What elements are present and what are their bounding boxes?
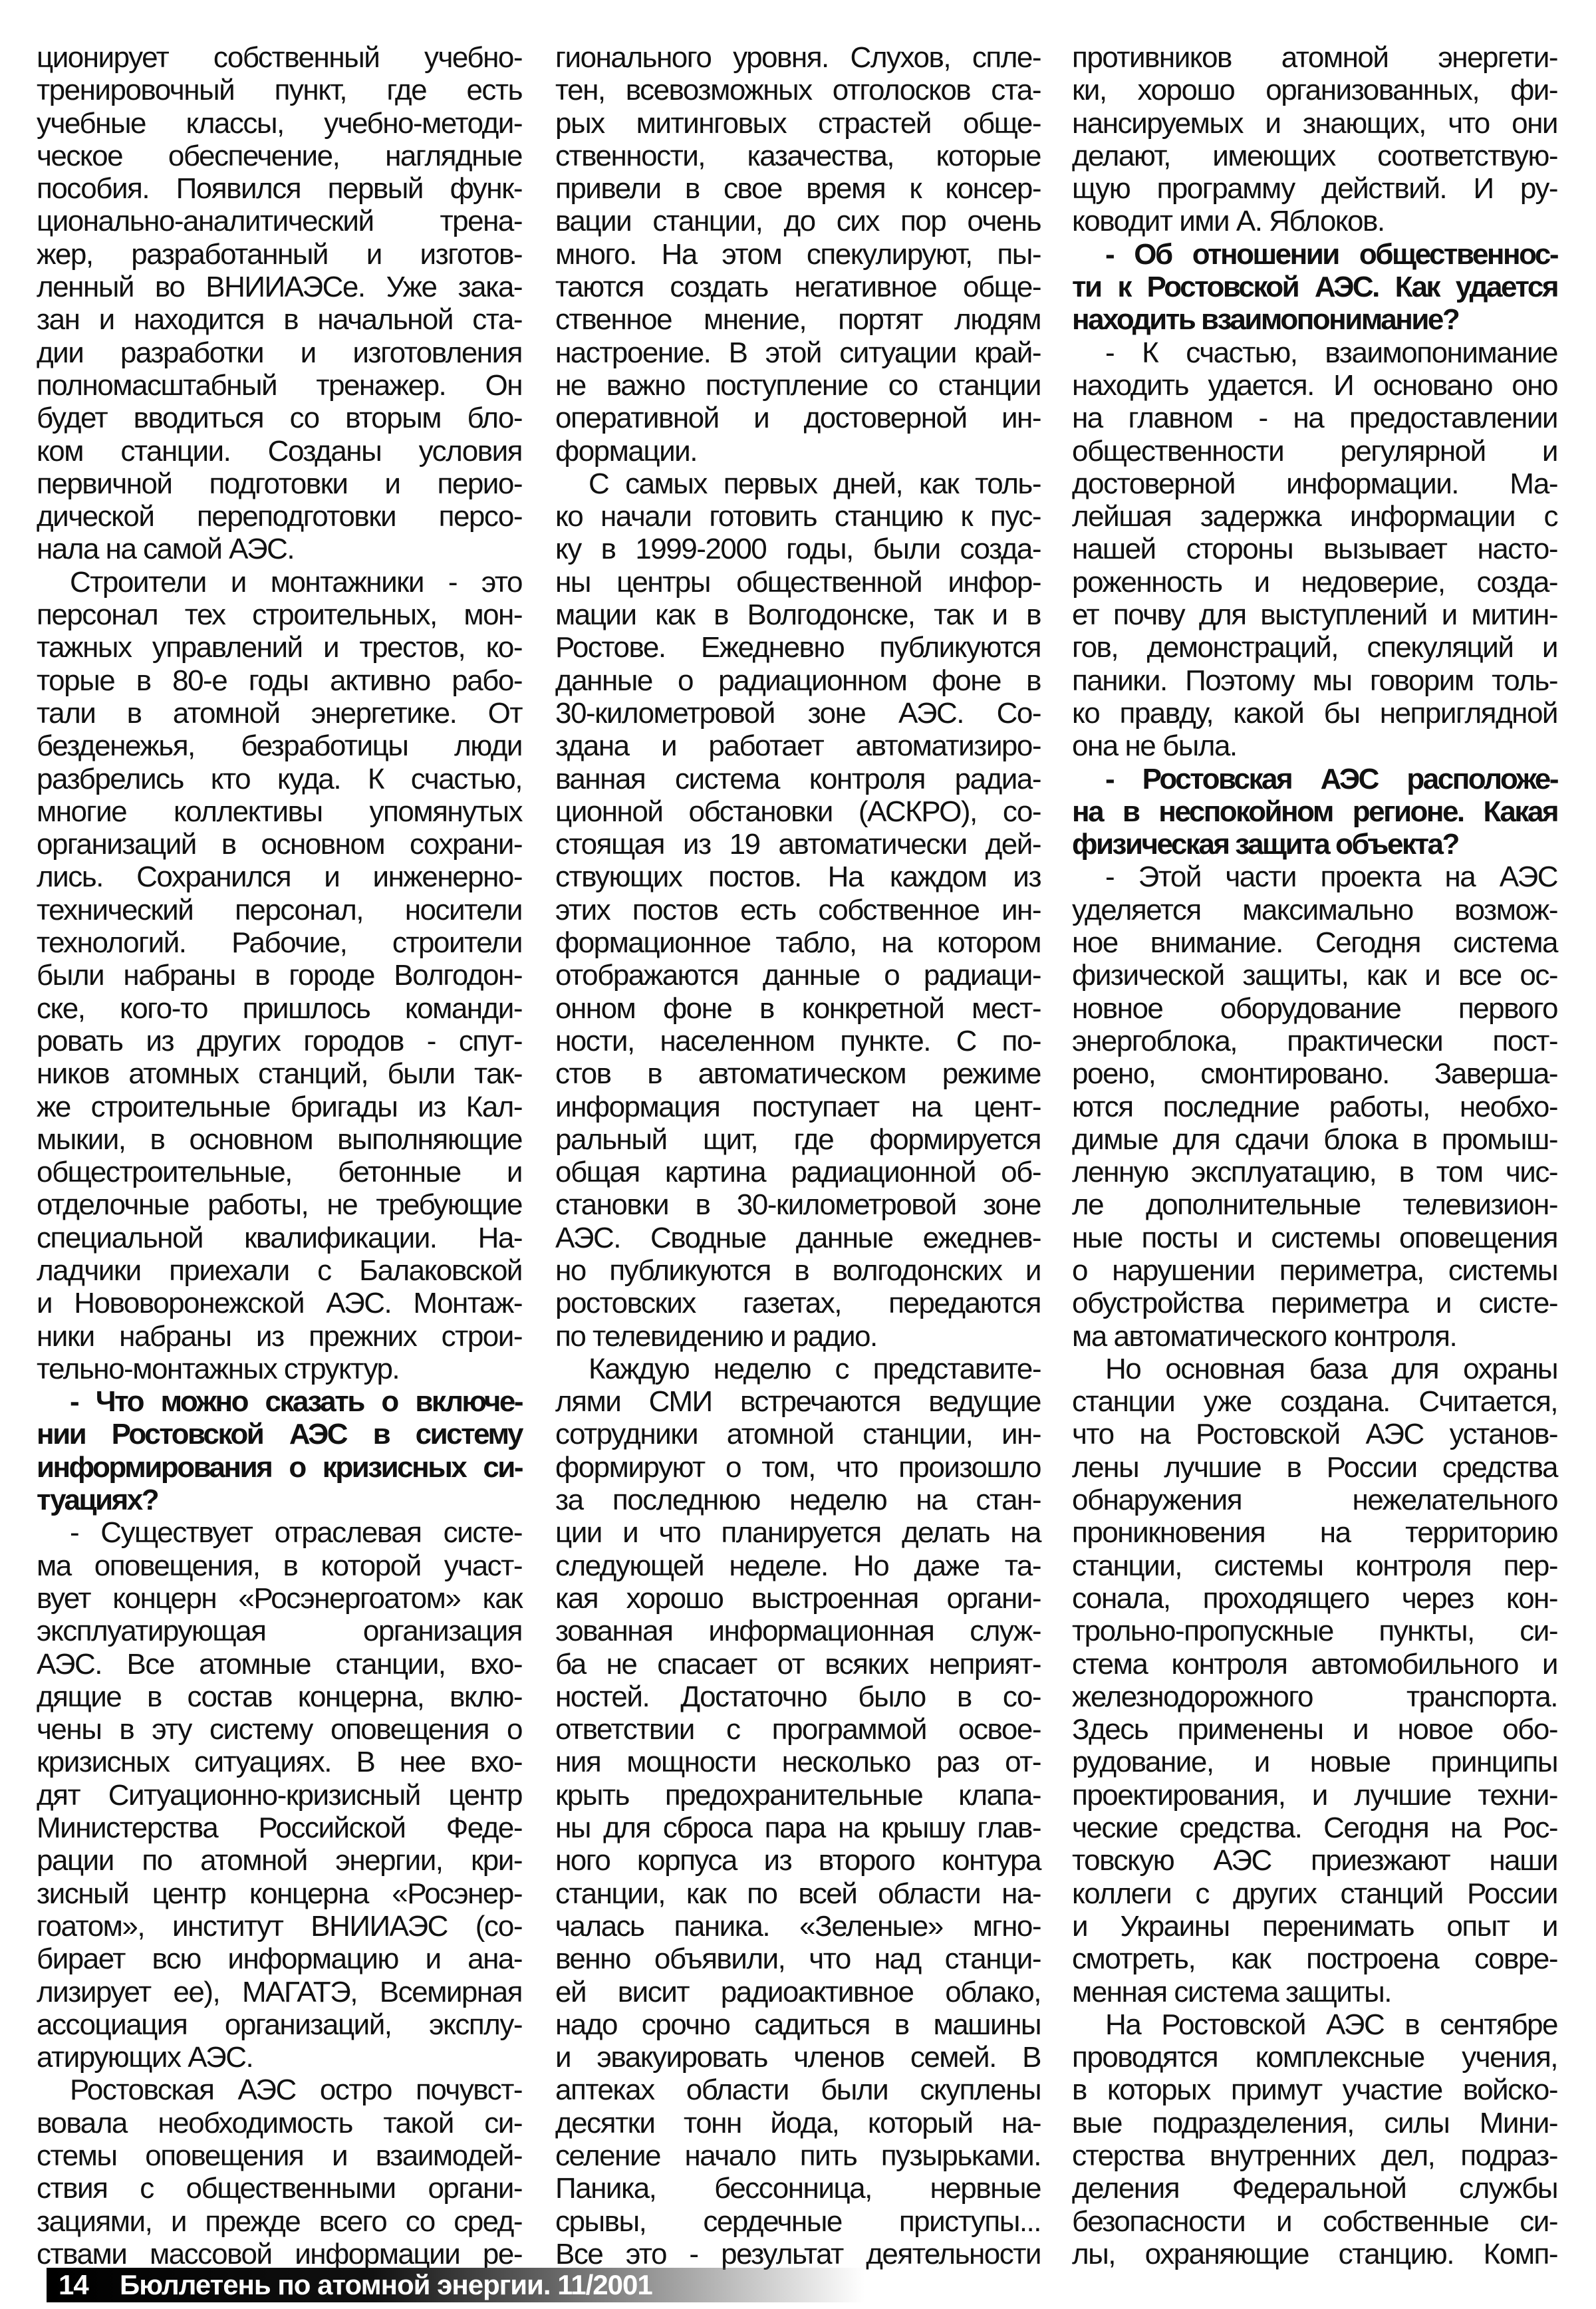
question-line: на в неспокойном регионе. Какая	[1072, 795, 1557, 828]
text-line: персонал тех строительных, мон-	[37, 599, 522, 631]
text-line: ко начали готовить станцию к пус-	[555, 500, 1041, 533]
text-line: ствия с общественными органи-	[37, 2172, 522, 2205]
question-line: - Ростовская АЭС расположе-	[1072, 763, 1557, 795]
text-line: гионального уровня. Слухов, спле-	[555, 41, 1041, 74]
text-line: станции уже создана. Считается,	[1072, 1385, 1557, 1418]
text-line: надо срочно садиться в машины	[555, 2008, 1041, 2041]
text-line: вые подразделения, силы Мини-	[1072, 2107, 1557, 2139]
text-line: ки, хорошо организованных, фи-	[1072, 74, 1557, 106]
text-line: железнодорожного транспорта.	[1072, 1681, 1557, 1713]
text-line: дят Ситуационно-кризисный центр	[37, 1779, 522, 1812]
text-line: эксплуатирующая организация	[37, 1615, 522, 1647]
text-line: ности, населенном пункте. С по-	[555, 1025, 1041, 1057]
text-line: находить удается. И основано оно	[1072, 369, 1557, 402]
text-line: рудование, и новые принципы	[1072, 1746, 1557, 1778]
text-line: лись. Сохранился и инженерно-	[37, 861, 522, 893]
text-line: ко правду, какой бы неприглядной	[1072, 697, 1557, 730]
text-line: сотрудники атомной станции, ин-	[555, 1418, 1041, 1450]
text-line: вовала необходимость такой си-	[37, 2107, 522, 2139]
text-line: мыкии, в основном выполняющие	[37, 1123, 522, 1156]
text-line: разбрелись кто куда. К счастью,	[37, 763, 522, 795]
text-line: зованная информационная служ-	[555, 1615, 1041, 1647]
text-line: крыть предохранительные клапа-	[555, 1779, 1041, 1812]
text-line: отображаются данные о радиаци-	[555, 959, 1041, 992]
text-line: сонала, проходящего через кон-	[1072, 1582, 1557, 1615]
text-line: ком станции. Созданы условия	[37, 435, 522, 468]
text-line: что на Ростовской АЭС установ-	[1072, 1418, 1557, 1450]
text-line: селение начало пить пузырьками.	[555, 2139, 1041, 2172]
text-line: онном фоне в конкретной мест-	[555, 992, 1041, 1025]
text-line: проектирования, и лучшие техни-	[1072, 1779, 1557, 1812]
text-line: ники набраны из прежних строи-	[37, 1320, 522, 1353]
text-line: ствующих постов. На каждом из	[555, 861, 1041, 893]
text-line: технический персонал, носители	[37, 894, 522, 926]
text-line: стемы оповещения и взаимодей-	[37, 2139, 522, 2172]
text-line: смотреть, как построена совре-	[1072, 1943, 1557, 1975]
text-line: ководит ими А. Яблоков.	[1072, 205, 1557, 237]
text-line: товскую АЭС приезжают наши	[1072, 1844, 1557, 1877]
text-line: зациями, и прежде всего со сред-	[37, 2205, 522, 2238]
text-line: ба не спасает от всяких неприят-	[555, 1648, 1041, 1681]
text-line: дии разработки и изготовления	[37, 337, 522, 369]
text-line: кая хорошо выстроенная органи-	[555, 1582, 1041, 1615]
text-line: стов в автоматическом режиме	[555, 1057, 1041, 1090]
text-line: ческие средства. Сегодня на Рос-	[1072, 1812, 1557, 1844]
text-line: ет почву для выступлений и митин-	[1072, 599, 1557, 631]
text-line: гоатом», институт ВНИИАЭС (со-	[37, 1910, 522, 1943]
text-line: лены лучшие в России средства	[1072, 1451, 1557, 1484]
text-line: ленный во ВНИИАЭСе. Уже зака-	[37, 271, 522, 303]
text-line: безденежья, безработицы люди	[37, 730, 522, 762]
text-line: ральный щит, где формируется	[555, 1123, 1041, 1156]
text-line: АЭС. Сводные данные ежеднев-	[555, 1222, 1041, 1254]
text-line: отделочные работы, не требующие	[37, 1188, 522, 1221]
text-line: ственности, казачества, которые	[555, 140, 1041, 172]
text-line: лы, охраняющие станцию. Комп-	[1072, 2238, 1557, 2270]
text-line: ладчики приехали с Балаковской	[37, 1254, 522, 1287]
text-line: Все это - результат деятельности	[555, 2238, 1041, 2270]
question-line: физическая защита объекта?	[1072, 828, 1557, 861]
text-line: безопасности и собственные си-	[1072, 2205, 1557, 2238]
text-line: Здесь применены и новое обо-	[1072, 1713, 1557, 1746]
text-line: здана и работает автоматизиро-	[555, 730, 1041, 762]
text-line: коллеги с других станций России	[1072, 1877, 1557, 1910]
page-footer: 14 Бюллетень по атомной энергии. 11/2001	[47, 2268, 864, 2302]
text-line: но публикуются в волгодонских и	[555, 1254, 1041, 1287]
text-line: ассоциация организаций, эксплу-	[37, 2008, 522, 2041]
text-line: деления Федеральной службы	[1072, 2172, 1557, 2205]
question-line: информирования о кризисных си-	[37, 1451, 522, 1484]
text-line: проникновения на территорию	[1072, 1516, 1557, 1549]
text-line: На Ростовской АЭС в сентябре	[1072, 2008, 1557, 2041]
text-line: и Украины перенимать опыт и	[1072, 1910, 1557, 1943]
text-line: роженность и недоверие, созда-	[1072, 566, 1557, 599]
text-line: тали в атомной энергетике. От	[37, 697, 522, 730]
text-line: 30-километровой зоне АЭС. Со-	[555, 697, 1041, 730]
text-line: ны центры общественной инфор-	[555, 566, 1041, 599]
text-line: технологий. Рабочие, строители	[37, 926, 522, 959]
text-line: общестроительные, бетонные и	[37, 1156, 522, 1188]
text-line: за последнюю неделю на стан-	[555, 1484, 1041, 1516]
text-line: общая картина радиационной об-	[555, 1156, 1041, 1188]
text-line: будет вводиться со вторым бло-	[37, 402, 522, 434]
text-line: ные посты и системы оповещения	[1072, 1222, 1557, 1254]
text-line: она не была.	[1072, 730, 1557, 762]
text-line: Министерства Российской Феде-	[37, 1812, 522, 1844]
text-line: пособия. Появился первый функ-	[37, 172, 522, 205]
text-line: торые в 80-е годы активно рабо-	[37, 664, 522, 697]
text-line: формационное табло, на котором	[555, 926, 1041, 959]
text-line: ного корпуса из второго контура	[555, 1844, 1041, 1877]
text-line: нансируемых и знающих, что они	[1072, 107, 1557, 140]
text-line: таются создать негативное обще-	[555, 271, 1041, 303]
text-line: Ростовская АЭС остро почувст-	[37, 2074, 522, 2106]
text-line: кризисных ситуациях. В нее вхо-	[37, 1746, 522, 1778]
text-line: атирующих АЭС.	[37, 2041, 522, 2074]
text-line: стоящая из 19 автоматически дей-	[555, 828, 1041, 861]
text-line: ванная система контроля радиа-	[555, 763, 1041, 795]
text-line: ны для сброса пара на крышу глав-	[555, 1812, 1041, 1844]
text-line: первичной подготовки и перио-	[37, 468, 522, 500]
text-line: данные о радиационном фоне в	[555, 664, 1041, 697]
text-line: о нарушении периметра, системы	[1072, 1254, 1557, 1287]
text-line: рации по атомной энергии, кри-	[37, 1844, 522, 1877]
text-line: вует концерн «Росэнергоатом» как	[37, 1582, 522, 1615]
text-line: дической переподготовки персо-	[37, 500, 522, 533]
text-line: зан и находится в начальной ста-	[37, 303, 522, 336]
text-line: срывы, сердечные приступы...	[555, 2205, 1041, 2238]
text-line: жер, разработанный и изготов-	[37, 238, 522, 271]
text-line: информация поступает на цент-	[555, 1091, 1041, 1123]
text-line: мации как в Волгодонске, так и в	[555, 599, 1041, 631]
text-line: зисный центр концерна «Росэнер-	[37, 1877, 522, 1910]
text-line: ку в 1999-2000 годы, были созда-	[555, 533, 1041, 565]
text-line: вации станции, до сих пор очень	[555, 205, 1041, 237]
text-line: - К счастью, взаимопонимание	[1072, 337, 1557, 369]
text-line: же строительные бригады из Кал-	[37, 1091, 522, 1123]
text-line: обустройства периметра и систе-	[1072, 1287, 1557, 1319]
text-line: станции, как по всей области на-	[555, 1877, 1041, 1910]
text-line: Строители и монтажники - это	[37, 566, 522, 599]
text-line: Но основная база для охраны	[1072, 1353, 1557, 1385]
article-column-2: гионального уровня. Слухов, спле-тен, вс…	[555, 41, 1041, 2270]
page-number: 14	[59, 2269, 88, 2301]
text-line: тельно-монтажных структур.	[37, 1353, 522, 1385]
question-line: находить взаимопонимание?	[1072, 303, 1557, 336]
text-line: физической защиты, как и все ос-	[1072, 959, 1557, 992]
text-line: следующей неделе. Но даже та-	[555, 1550, 1041, 1582]
text-line: паники. Поэтому мы говорим толь-	[1072, 664, 1557, 697]
text-line: лями СМИ встречаются ведущие	[555, 1385, 1041, 1418]
text-line: организаций в основном сохрани-	[37, 828, 522, 861]
text-line: энергоблока, практически пост-	[1072, 1025, 1557, 1057]
publication-title: Бюллетень по атомной энергии. 11/2001	[120, 2269, 652, 2301]
text-line: гов, демонстраций, спекуляций и	[1072, 631, 1557, 664]
text-line: этих постов есть собственное ин-	[555, 894, 1041, 926]
text-line: ровать из других городов - спут-	[37, 1025, 522, 1057]
text-line: роено, смонтировано. Заверша-	[1072, 1057, 1557, 1090]
text-line: проводятся комплексные учения,	[1072, 2041, 1557, 2074]
text-line: ции и что планируется делать на	[555, 1516, 1041, 1549]
text-line: ностей. Достаточно было в со-	[555, 1681, 1041, 1713]
question-line: ти к Ростовской АЭС. Как удается	[1072, 271, 1557, 303]
article-column-3: противников атомной энергети-ки, хорошо …	[1072, 41, 1557, 2270]
text-line: многие коллективы упомянутых	[37, 795, 522, 828]
text-line: стерства внутренних дел, подраз-	[1072, 2139, 1557, 2172]
text-line: нала на самой АЭС.	[37, 533, 522, 565]
text-line: - Существует отраслевая систе-	[37, 1516, 522, 1549]
text-line: специальной квалификации. На-	[37, 1222, 522, 1254]
text-line: не важно поступление со станции	[555, 369, 1041, 402]
text-line: - Этой части проекта на АЭС	[1072, 861, 1557, 893]
text-line: формируют о том, что произошло	[555, 1451, 1041, 1484]
text-line: противников атомной энергети-	[1072, 41, 1557, 74]
text-line: становки в 30-километровой зоне	[555, 1188, 1041, 1221]
text-line: рых митинговых страстей обще-	[555, 107, 1041, 140]
text-line: и Нововоронежской АЭС. Монтаж-	[37, 1287, 522, 1319]
text-line: станции, системы контроля пер-	[1072, 1550, 1557, 1582]
text-line: ма автоматического контроля.	[1072, 1320, 1557, 1353]
text-line: ске, кого-то пришлось команди-	[37, 992, 522, 1025]
text-line: и эвакуировать членов семей. В	[555, 2041, 1041, 2074]
text-line: на главном - на предоставлении	[1072, 402, 1557, 434]
text-line: ческое обеспечение, наглядные	[37, 140, 522, 172]
question-line: - Что можно сказать о включе-	[37, 1385, 522, 1418]
text-line: венно объявили, что над станци-	[555, 1943, 1041, 1975]
text-line: десятки тонн йода, который на-	[555, 2107, 1041, 2139]
text-line: ются последние работы, необхо-	[1072, 1091, 1557, 1123]
text-line: бирает всю информацию и ана-	[37, 1943, 522, 1975]
text-line: чены в эту систему оповещения о	[37, 1713, 522, 1746]
text-line: полномасштабный тренажер. Он	[37, 369, 522, 402]
text-line: стема контроля автомобильного и	[1072, 1648, 1557, 1681]
text-line: щую программу действий. И ру-	[1072, 172, 1557, 205]
text-line: обнаружения нежелательного	[1072, 1484, 1557, 1516]
text-line: настроение. В этой ситуации край-	[555, 337, 1041, 369]
text-line: Каждую неделю с представите-	[555, 1353, 1041, 1385]
text-line: ционирует собственный учебно-	[37, 41, 522, 74]
text-line: по телевидению и радио.	[555, 1320, 1041, 1353]
text-line: уделяется максимально возмож-	[1072, 894, 1557, 926]
question-line: нии Ростовской АЭС в систему	[37, 1418, 522, 1450]
text-line: ле дополнительные телевизион-	[1072, 1188, 1557, 1221]
text-line: ное внимание. Сегодня система	[1072, 926, 1557, 959]
text-line: дящие в состав концерна, вклю-	[37, 1681, 522, 1713]
text-line: димые для сдачи блока в промыш-	[1072, 1123, 1557, 1156]
text-line: достоверной информации. Ма-	[1072, 468, 1557, 500]
text-line: тен, всевозможных отголосков ста-	[555, 74, 1041, 106]
text-line: аптеках области были скуплены	[555, 2074, 1041, 2106]
text-line: оперативной и достоверной ин-	[555, 402, 1041, 434]
text-line: трольно-пропускные пункты, си-	[1072, 1615, 1557, 1647]
text-line: менная система защиты.	[1072, 1976, 1557, 2008]
text-line: ния мощности несколько раз от-	[555, 1746, 1041, 1778]
text-line: тажных управлений и трестов, ко-	[37, 631, 522, 664]
text-line: нашей стороны вызывает насто-	[1072, 533, 1557, 565]
text-line: учебные классы, учебно-методи-	[37, 107, 522, 140]
text-line: ционально-аналитический трена-	[37, 205, 522, 237]
text-line: Паника, бессонница, нервные	[555, 2172, 1041, 2205]
text-line: ростовских газетах, передаются	[555, 1287, 1041, 1319]
text-line: ей висит радиоактивное облако,	[555, 1976, 1041, 2008]
text-line: лизирует ее), МАГАТЭ, Всемирная	[37, 1976, 522, 2008]
text-line: новное оборудование первого	[1072, 992, 1557, 1025]
text-line: С самых первых дней, как толь-	[555, 468, 1041, 500]
text-line: делают, имеющих соответствую-	[1072, 140, 1557, 172]
text-line: ленную эксплуатацию, в том чис-	[1072, 1156, 1557, 1188]
text-line: ствами массовой информации ре-	[37, 2238, 522, 2270]
text-line: много. На этом спекулируют, пы-	[555, 238, 1041, 271]
question-line: - Об отношении общественнос-	[1072, 238, 1557, 271]
text-line: Ростове. Ежедневно публикуются	[555, 631, 1041, 664]
article-column-1: ционирует собственный учебно-тренировочн…	[37, 41, 522, 2270]
text-line: в которых примут участие войско-	[1072, 2074, 1557, 2106]
text-line: тренировочный пункт, где есть	[37, 74, 522, 106]
text-line: были набраны в городе Волгодон-	[37, 959, 522, 992]
text-line: общественности регулярной и	[1072, 435, 1557, 468]
question-line: туациях?	[37, 1484, 522, 1516]
text-line: ответствии с программой освое-	[555, 1713, 1041, 1746]
text-line: ственное мнение, портят людям	[555, 303, 1041, 336]
text-line: ников атомных станций, были так-	[37, 1057, 522, 1090]
text-line: лейшая задержка информации с	[1072, 500, 1557, 533]
text-line: чалась паника. «Зеленые» мгно-	[555, 1910, 1041, 1943]
text-line: АЭС. Все атомные станции, вхо-	[37, 1648, 522, 1681]
text-line: привели в свое время к консер-	[555, 172, 1041, 205]
text-line: ма оповещения, в которой участ-	[37, 1550, 522, 1582]
text-line: формации.	[555, 435, 1041, 468]
text-line: ционной обстановки (АСКРО), со-	[555, 795, 1041, 828]
